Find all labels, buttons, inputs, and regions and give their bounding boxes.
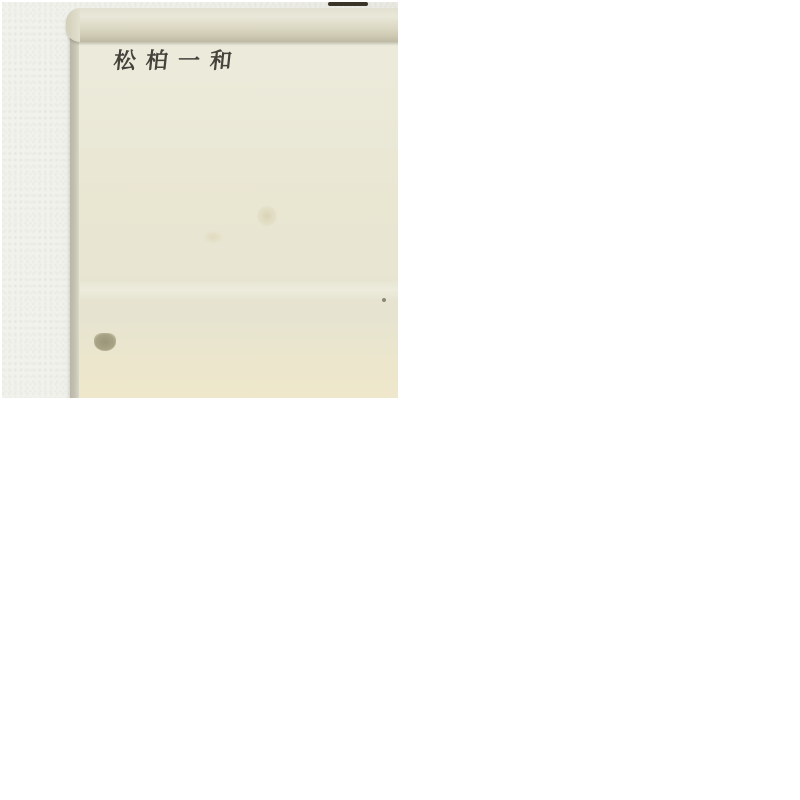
calligraphy-inscription: 松 柏 一 和 — [112, 42, 236, 76]
scroll-frayed-edge — [70, 38, 79, 398]
calligraphy-char: 和 — [208, 44, 235, 75]
mold-stain — [94, 333, 116, 351]
hanging-cord — [328, 2, 368, 6]
scroll-roller-rod — [66, 8, 398, 42]
ink-speck — [382, 298, 386, 302]
paper-crease — [80, 280, 398, 300]
calligraphy-char: 松 — [112, 44, 139, 75]
scroll-paper — [70, 32, 398, 398]
calligraphy-char: 柏 — [144, 44, 171, 75]
calligraphy-char: 一 — [176, 44, 203, 75]
scroll-photo: 松 柏 一 和 — [2, 2, 398, 398]
water-stain — [257, 205, 277, 227]
water-stain — [202, 230, 224, 244]
canvas: 松 柏 一 和 — [0, 0, 800, 800]
